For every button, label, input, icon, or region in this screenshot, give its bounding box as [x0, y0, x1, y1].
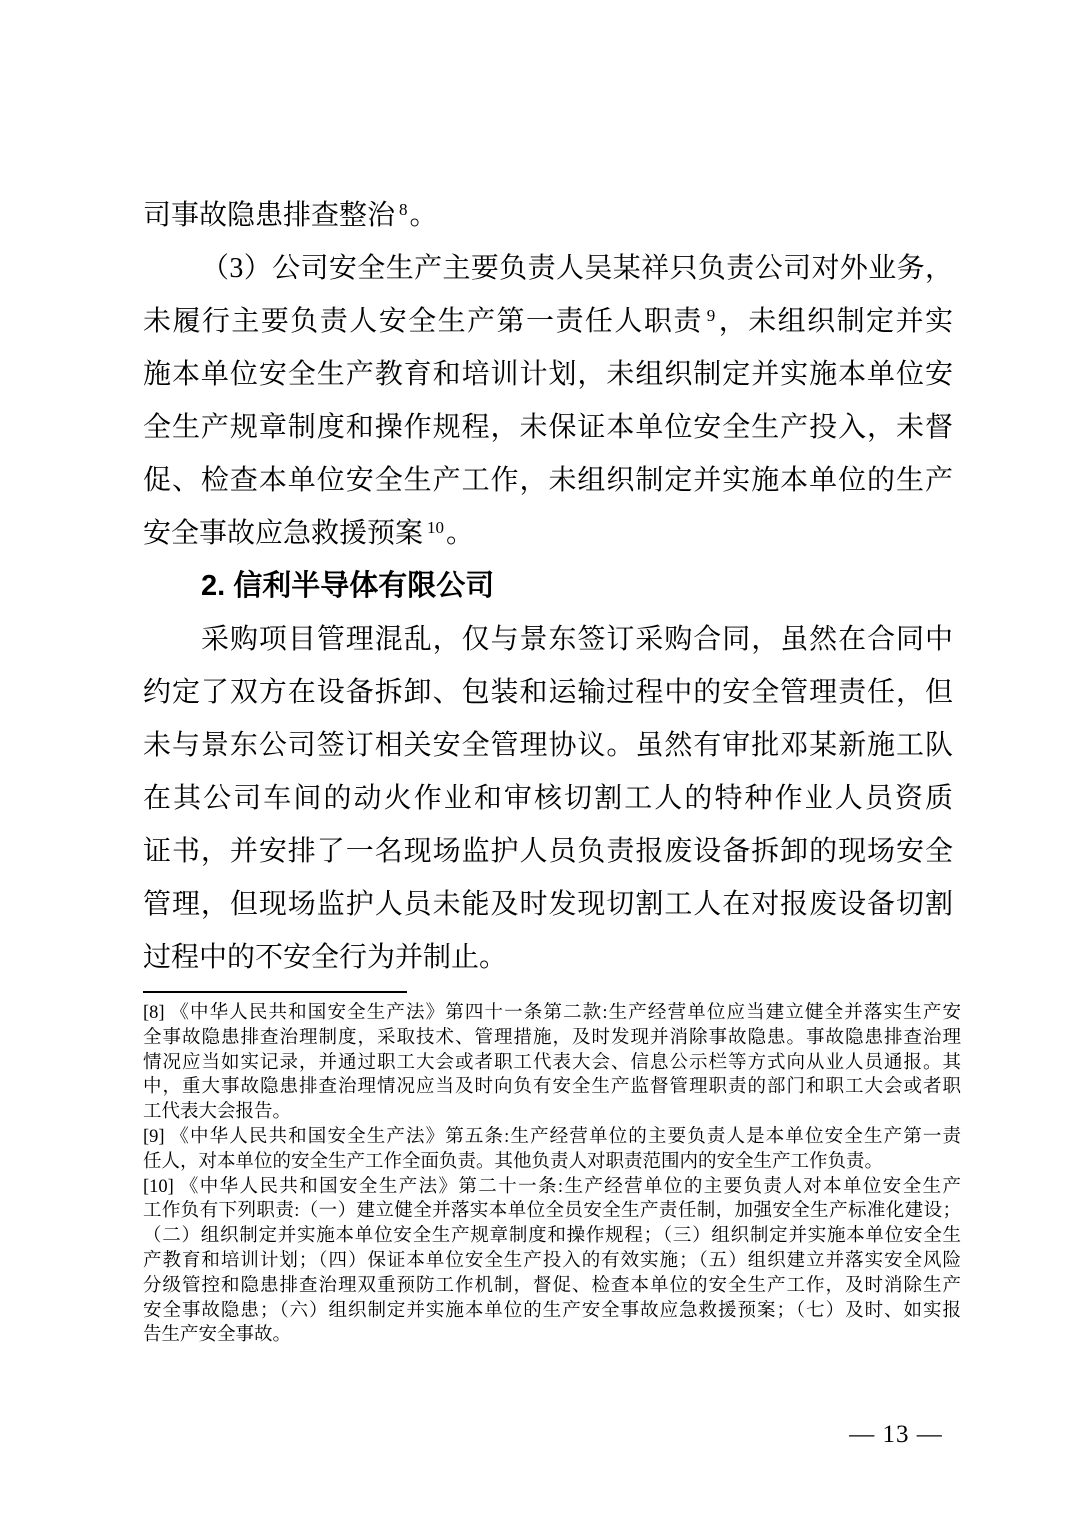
- text-line: 约定了双方在设备拆卸、包装和运输过程中的安全管理责任，但: [143, 666, 953, 719]
- text-segment: （3）公司安全生产主要负责人吴某祥只负责公司对外业务，: [201, 253, 953, 284]
- text-line: 采购项目管理混乱，仅与景东签订采购合同，虽然在合同中: [143, 613, 953, 666]
- section-heading: 2. 信利半导体有限公司: [143, 560, 953, 613]
- text-line: 情况应当如实记录，并通过职工大会或者职工代表大会、信息公示栏等方式向从业人员通报…: [143, 1051, 961, 1076]
- text-segment: 全事故隐患排查治理制度，采取技术、管理措施，及时发现并消除事故隐患。事故隐患排查…: [143, 1028, 961, 1048]
- text-line: 安全事故应急救援预案10。: [143, 507, 953, 560]
- text-line: 分级管控和隐患排查治理双重预防工作机制，督促、检查本单位的安全生产工作，及时消除…: [143, 1274, 961, 1299]
- text-segment: 工作负有下列职责:（一）建立健全并落实本单位全员安全生产责任制，加强安全生产标准…: [143, 1201, 961, 1221]
- text-segment: 司事故隐患排查整治: [143, 200, 395, 231]
- text-line: 告生产安全事故。: [143, 1323, 961, 1348]
- text-segment: 告生产安全事故。: [143, 1325, 291, 1345]
- text-line: 促、检查本单位安全生产工作，未组织制定并实施本单位的生产: [143, 454, 953, 507]
- text-line: 司事故隐患排查整治8。: [143, 189, 953, 242]
- text-segment: 安全事故隐患；（六）组织制定并实施本单位的生产安全事故应急救援预案；（七）及时、…: [143, 1301, 961, 1321]
- text-segment: 。: [410, 200, 438, 231]
- text-segment: 管理，但现场监护人员未能及时发现切割工人在对报废设备切割: [143, 889, 953, 920]
- text-line: [8] 《中华人民共和国安全生产法》第四十一条第二款:生产经营单位应当建立健全并…: [143, 1001, 961, 1026]
- text-segment: 情况应当如实记录，并通过职工大会或者职工代表大会、信息公示栏等方式向从业人员通报…: [143, 1053, 961, 1073]
- text-line: 在其公司车间的动火作业和审核切割工人的特种作业人员资质: [143, 772, 953, 825]
- footnotes-section: [8] 《中华人民共和国安全生产法》第四十一条第二款:生产经营单位应当建立健全并…: [143, 1001, 961, 1348]
- text-line: 全生产规章制度和操作规程，未保证本单位安全生产投入，未督: [143, 401, 953, 454]
- text-segment: 未与景东公司签订相关安全管理协议。虽然有审批邓某新施工队: [143, 730, 953, 761]
- text-line: 产教育和培训计划；（四）保证本单位安全生产投入的有效实施；（五）组织建立并落实安…: [143, 1249, 961, 1274]
- text-line: 工代表大会报告。: [143, 1100, 961, 1125]
- footnote-8: [8] 《中华人民共和国安全生产法》第四十一条第二款:生产经营单位应当建立健全并…: [143, 1001, 961, 1125]
- text-segment: 任人，对本单位的安全生产工作全面负责。其他负责人对职责范围内的安全生产工作负责。: [143, 1152, 883, 1172]
- text-segment: 促、检查本单位安全生产工作，未组织制定并实施本单位的生产: [143, 465, 953, 496]
- paragraph-xinli-company: 采购项目管理混乱，仅与景东签订采购合同，虽然在合同中约定了双方在设备拆卸、包装和…: [143, 613, 953, 984]
- text-segment: [10] 《中华人民共和国安全生产法》第二十一条:生产经营单位的主要负责人对本单…: [143, 1177, 961, 1197]
- footnote-reference: 9: [703, 306, 718, 325]
- text-line: （二）组织制定并实施本单位安全生产规章制度和操作规程；（三）组织制定并实施本单位…: [143, 1224, 961, 1249]
- text-segment: 。: [446, 518, 474, 549]
- text-line: 未履行主要负责人安全生产第一责任人职责9，未组织制定并实: [143, 295, 953, 348]
- text-line: 未与景东公司签订相关安全管理协议。虽然有审批邓某新施工队: [143, 719, 953, 772]
- paragraph-item-3: （3）公司安全生产主要负责人吴某祥只负责公司对外业务，未履行主要负责人安全生产第…: [143, 242, 953, 560]
- text-line: 施本单位安全生产教育和培训计划，未组织制定并实施本单位安: [143, 348, 953, 401]
- text-segment: 中，重大事故隐患排查治理情况应当及时向负有安全生产监督管理职责的部门和职工大会或…: [143, 1077, 961, 1097]
- text-line: 证书，并安排了一名现场监护人员负责报废设备拆卸的现场安全: [143, 825, 953, 878]
- text-segment: 未履行主要负责人安全生产第一责任人职责: [143, 306, 703, 337]
- footnote-9: [9] 《中华人民共和国安全生产法》第五条:生产经营单位的主要负责人是本单位安全…: [143, 1125, 961, 1175]
- text-line: [10] 《中华人民共和国安全生产法》第二十一条:生产经营单位的主要负责人对本单…: [143, 1175, 961, 1200]
- text-segment: 约定了双方在设备拆卸、包装和运输过程中的安全管理责任，但: [143, 677, 953, 708]
- paragraph-continuation: 司事故隐患排查整治8。: [143, 189, 953, 242]
- text-segment: [8] 《中华人民共和国安全生产法》第四十一条第二款:生产经营单位应当建立健全并…: [143, 1003, 961, 1023]
- text-line: 中，重大事故隐患排查治理情况应当及时向负有安全生产监督管理职责的部门和职工大会或…: [143, 1075, 961, 1100]
- footnote-10: [10] 《中华人民共和国安全生产法》第二十一条:生产经营单位的主要负责人对本单…: [143, 1175, 961, 1349]
- footnote-reference: 10: [423, 518, 446, 537]
- text-line: 安全事故隐患；（六）组织制定并实施本单位的生产安全事故应急救援预案；（七）及时、…: [143, 1299, 961, 1324]
- text-line: 全事故隐患排查治理制度，采取技术、管理措施，及时发现并消除事故隐患。事故隐患排查…: [143, 1026, 961, 1051]
- text-segment: （二）组织制定并实施本单位安全生产规章制度和操作规程；（三）组织制定并实施本单位…: [143, 1226, 961, 1246]
- text-segment: 产教育和培训计划；（四）保证本单位安全生产投入的有效实施；（五）组织建立并落实安…: [143, 1251, 961, 1271]
- text-segment: 采购项目管理混乱，仅与景东签订采购合同，虽然在合同中: [201, 624, 953, 655]
- text-line: 管理，但现场监护人员未能及时发现切割工人在对报废设备切割: [143, 878, 953, 931]
- text-segment: 施本单位安全生产教育和培训计划，未组织制定并实施本单位安: [143, 359, 953, 390]
- text-segment: 2. 信利半导体有限公司: [201, 570, 494, 602]
- text-segment: [9] 《中华人民共和国安全生产法》第五条:生产经营单位的主要负责人是本单位安全…: [143, 1127, 961, 1147]
- text-line: [9] 《中华人民共和国安全生产法》第五条:生产经营单位的主要负责人是本单位安全…: [143, 1125, 961, 1150]
- page-number: — 13 —: [834, 1421, 958, 1449]
- text-segment: 全生产规章制度和操作规程，未保证本单位安全生产投入，未督: [143, 412, 953, 443]
- text-segment: 在其公司车间的动火作业和审核切割工人的特种作业人员资质: [143, 783, 953, 814]
- text-line: 过程中的不安全行为并制止。: [143, 931, 953, 984]
- text-line: （3）公司安全生产主要负责人吴某祥只负责公司对外业务，: [143, 242, 953, 295]
- text-segment: 工代表大会报告。: [143, 1102, 291, 1122]
- text-segment: 安全事故应急救援预案: [143, 518, 423, 549]
- document-body: 司事故隐患排查整治8。 （3）公司安全生产主要负责人吴某祥只负责公司对外业务，未…: [143, 189, 953, 984]
- text-segment: 过程中的不安全行为并制止。: [143, 942, 507, 973]
- footnote-reference: 8: [395, 200, 410, 219]
- document-page: 司事故隐患排查整治8。 （3）公司安全生产主要负责人吴某祥只负责公司对外业务，未…: [0, 0, 1080, 1532]
- footnote-separator: [143, 991, 407, 993]
- text-segment: 证书，并安排了一名现场监护人员负责报废设备拆卸的现场安全: [143, 836, 953, 867]
- text-segment: 分级管控和隐患排查治理双重预防工作机制，督促、检查本单位的安全生产工作，及时消除…: [143, 1276, 961, 1296]
- text-segment: ，未组织制定并实: [717, 306, 953, 337]
- text-line: 2. 信利半导体有限公司: [143, 560, 953, 613]
- text-line: 工作负有下列职责:（一）建立健全并落实本单位全员安全生产责任制，加强安全生产标准…: [143, 1199, 961, 1224]
- text-line: 任人，对本单位的安全生产工作全面负责。其他负责人对职责范围内的安全生产工作负责。: [143, 1150, 961, 1175]
